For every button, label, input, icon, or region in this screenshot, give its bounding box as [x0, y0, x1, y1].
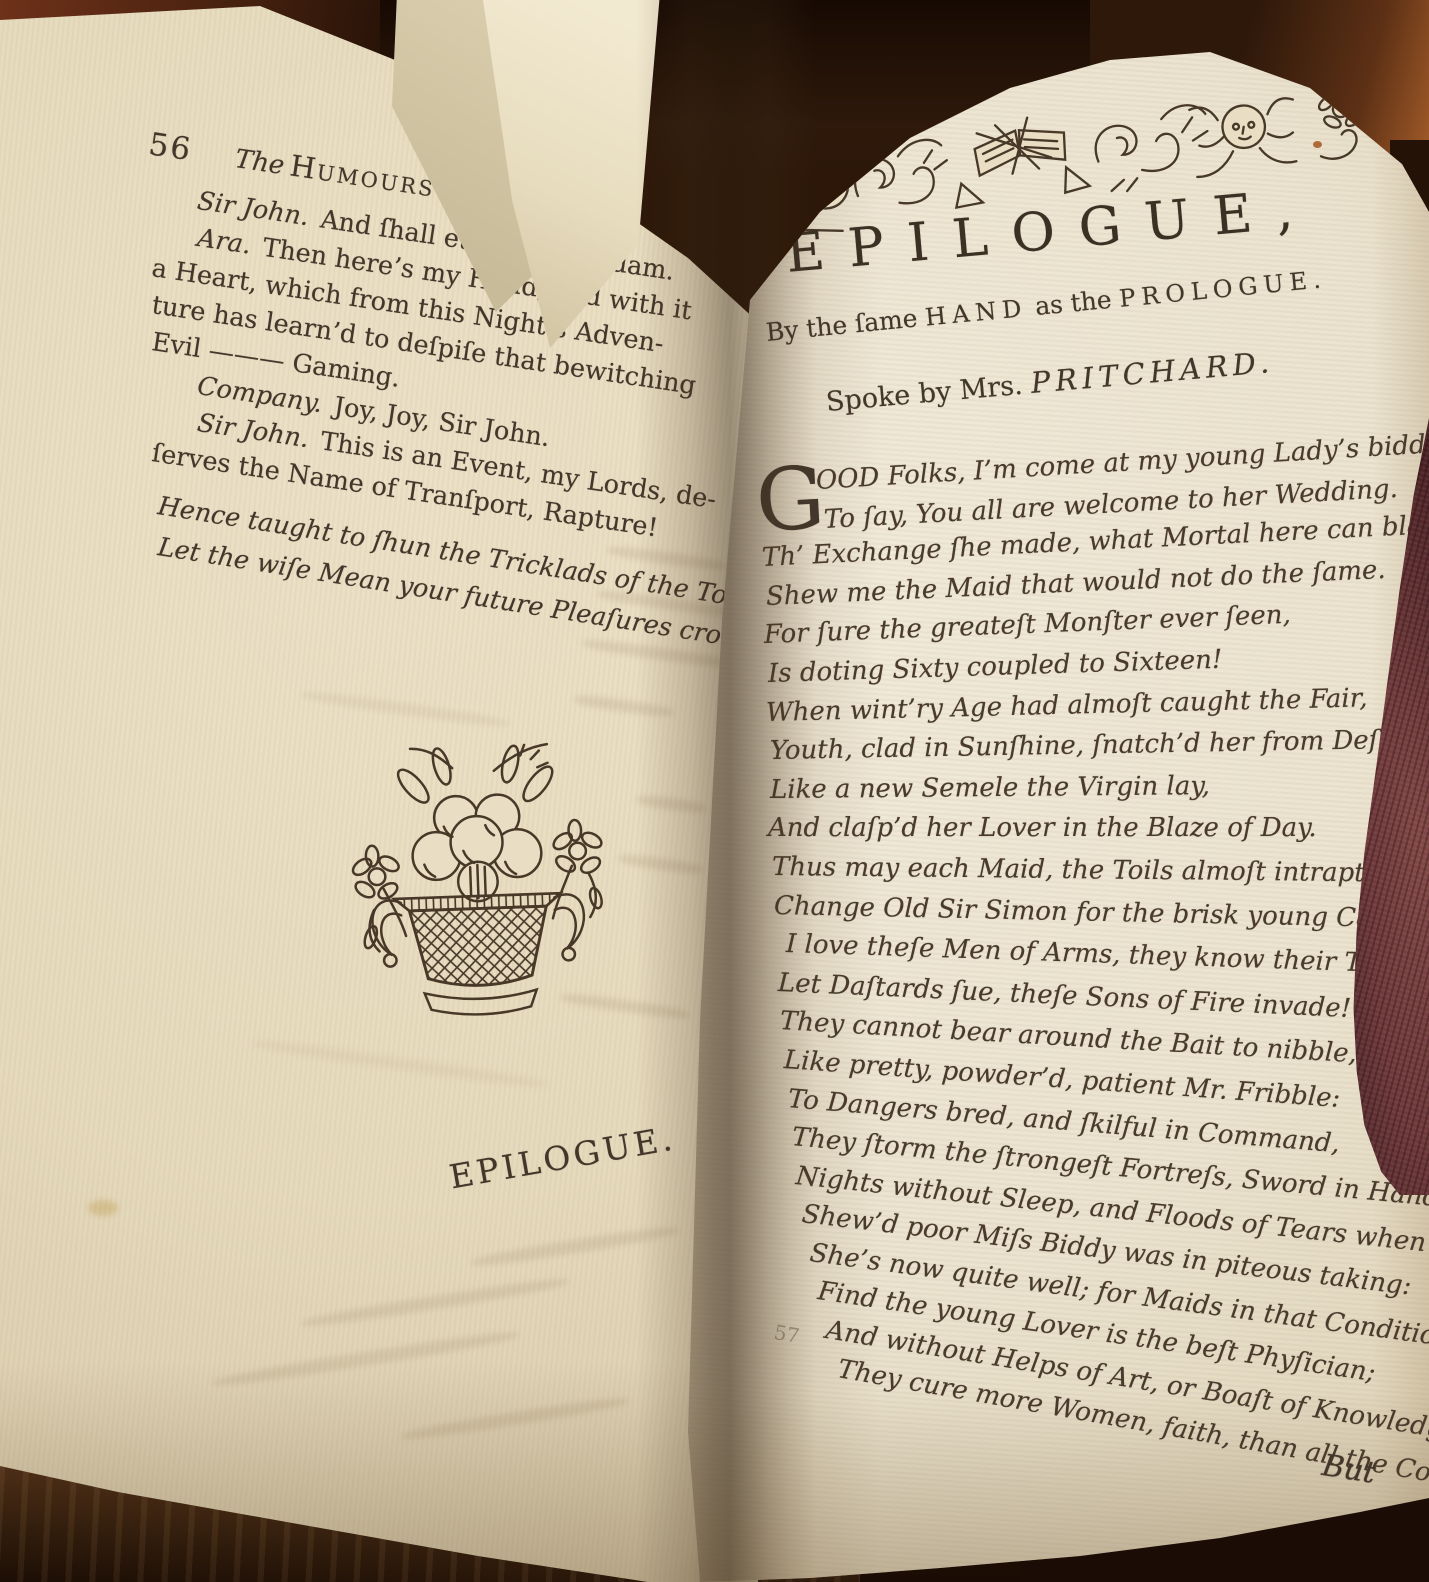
- dialogue-block: Sir John.And ſhall eternally, Madam. Ara…: [152, 176, 742, 472]
- right-page-number: 57: [772, 1320, 801, 1348]
- cherub-face-right-icon: [1189, 96, 1301, 177]
- subtitle-hand: HAND: [924, 294, 1029, 332]
- open-book-motif: [972, 114, 1068, 178]
- basket-fruit: [411, 793, 543, 903]
- paper-stain: [88, 1200, 118, 1216]
- foxing-spot: [1313, 141, 1322, 148]
- page-showthrough: [251, 1037, 550, 1091]
- page-showthrough: [301, 1275, 570, 1330]
- book-photo: 56TheHUMOURSofWHIST. Sir John.And ſhall …: [0, 0, 1429, 1582]
- right-catchword: But: [1320, 1448, 1378, 1491]
- couplet-block: Hence taught to ſhun the Tricklads of th…: [158, 486, 758, 568]
- spoken-by-line: Spoke by Mrs. PRITCHARD.: [825, 345, 1276, 418]
- basket-foliage: [392, 743, 558, 811]
- flower-basket-woodcut-image: [337, 725, 618, 1044]
- left-page-number: 56: [146, 126, 194, 168]
- left-catchword: EPILOGUE.: [446, 1118, 678, 1196]
- page-showthrough: [211, 1328, 519, 1390]
- poem-block: G OOD Folks, I’m come at my young Lady’s…: [760, 462, 1420, 1388]
- page-showthrough: [636, 793, 707, 815]
- side-flower-right: [550, 819, 607, 918]
- page-showthrough: [574, 693, 675, 719]
- page-showthrough: [400, 1394, 629, 1443]
- poem-line: Like a new Semele the Virgin lay,: [770, 765, 1420, 809]
- speaker-name: PRITCHARD.: [1029, 345, 1275, 400]
- page-showthrough: [300, 688, 510, 729]
- page-showthrough: [618, 852, 704, 876]
- poem-line: And claſp’d her Lover in the Blaze of Da…: [768, 809, 1420, 848]
- subtitle-prologue: PROLOGUE.: [1118, 265, 1328, 313]
- poem-line: Thus may each Maid, the Toils almoſt int…: [772, 848, 1420, 893]
- page-showthrough: [470, 1224, 679, 1270]
